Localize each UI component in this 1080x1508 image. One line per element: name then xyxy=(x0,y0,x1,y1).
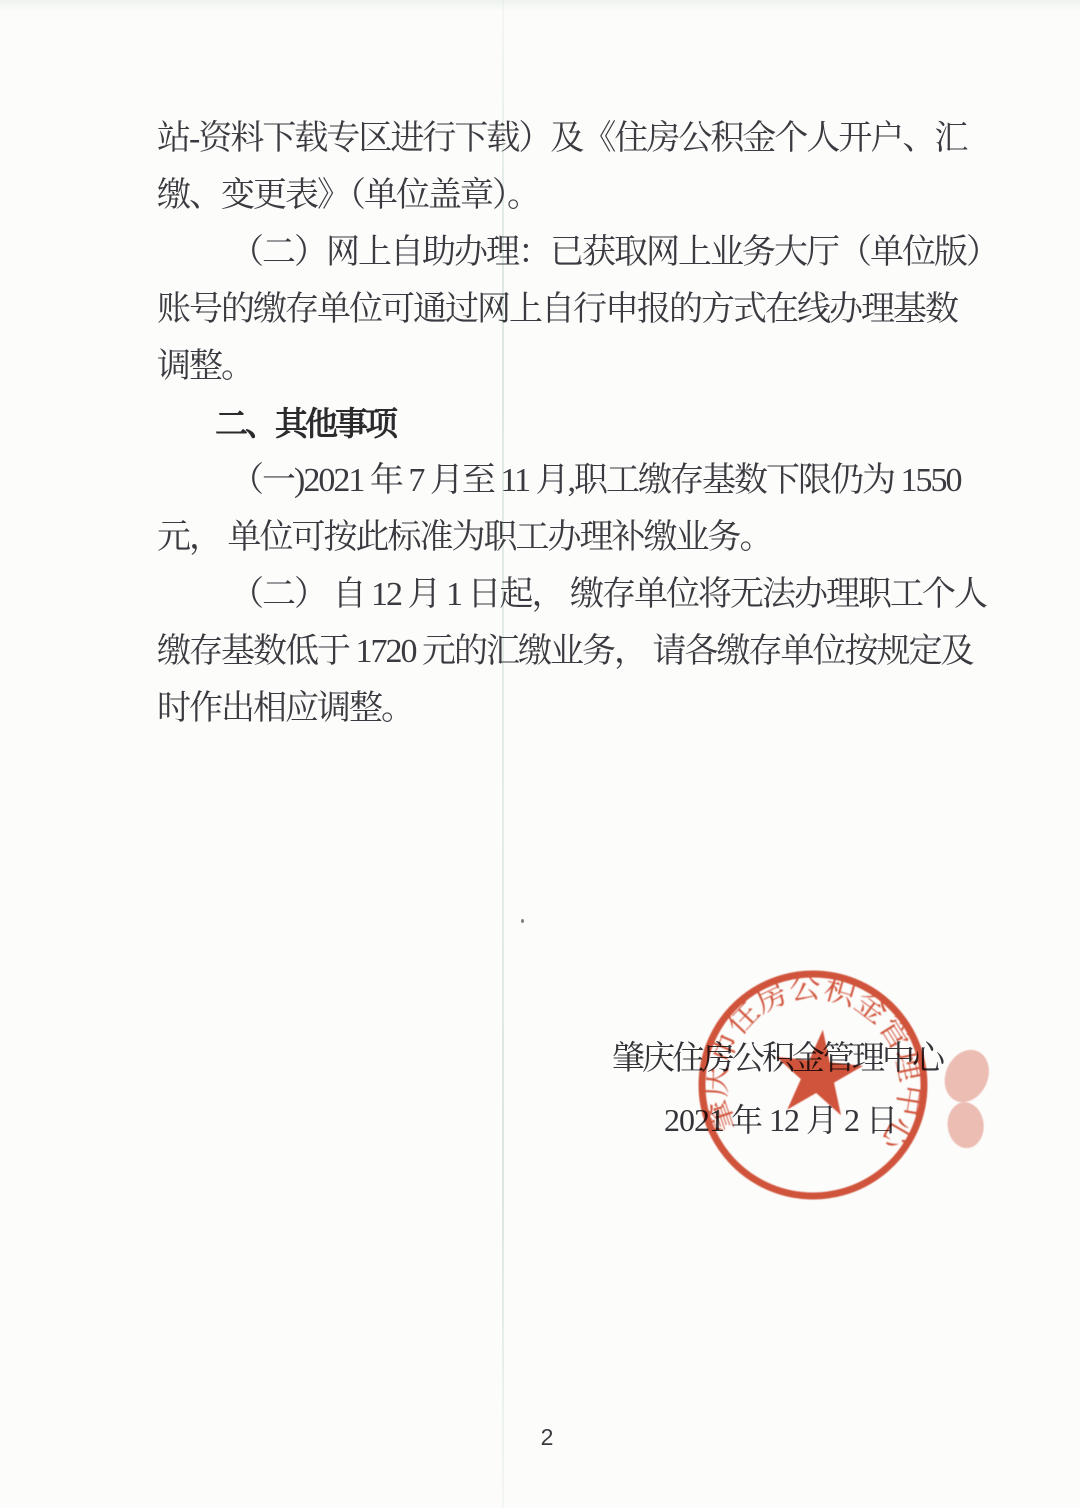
document-line: 缴存基数低于 1720 元的汇缴业务， 请各缴存单位按规定及 xyxy=(157,623,967,680)
document-line: 调整。 xyxy=(157,338,967,395)
document-line: （二） 自 12 月 1 日起， 缴存单位将无法办理职工个人 xyxy=(157,566,967,623)
document-line: （二）网上自助办理：已获取网上业务大厅（单位版） xyxy=(157,224,967,281)
seal-smudge xyxy=(931,1041,999,1154)
document-line: 元， 单位可按此标准为职工办理补缴业务。 xyxy=(157,509,967,566)
page-number: 2 xyxy=(527,1424,567,1451)
document-line: 账号的缴存单位可通过网上自行申报的方式在线办理基数 xyxy=(157,281,967,338)
document-line: 时作出相应调整。 xyxy=(157,680,967,737)
scan-edge-shadow xyxy=(0,0,1080,12)
document-line: 缴、变更表》（单位盖章）。 xyxy=(157,167,967,224)
document-page: 站-资料下载专区进行下载）及《住房公积金个人开户、汇 缴、变更表》（单位盖章）。… xyxy=(0,0,1080,1508)
section-heading: 二、其他事项 xyxy=(157,395,967,452)
star-icon xyxy=(771,1025,867,1117)
document-body: 站-资料下载专区进行下载）及《住房公积金个人开户、汇 缴、变更表》（单位盖章）。… xyxy=(157,110,967,737)
document-line: 站-资料下载专区进行下载）及《住房公积金个人开户、汇 xyxy=(157,110,967,167)
official-seal: 肇庆市住房公积金管理中心 xyxy=(676,946,1016,1220)
paper-speck xyxy=(521,919,524,923)
document-line: （一)2021 年 7 月至 11 月,职工缴存基数下限仍为 1550 xyxy=(157,452,967,509)
